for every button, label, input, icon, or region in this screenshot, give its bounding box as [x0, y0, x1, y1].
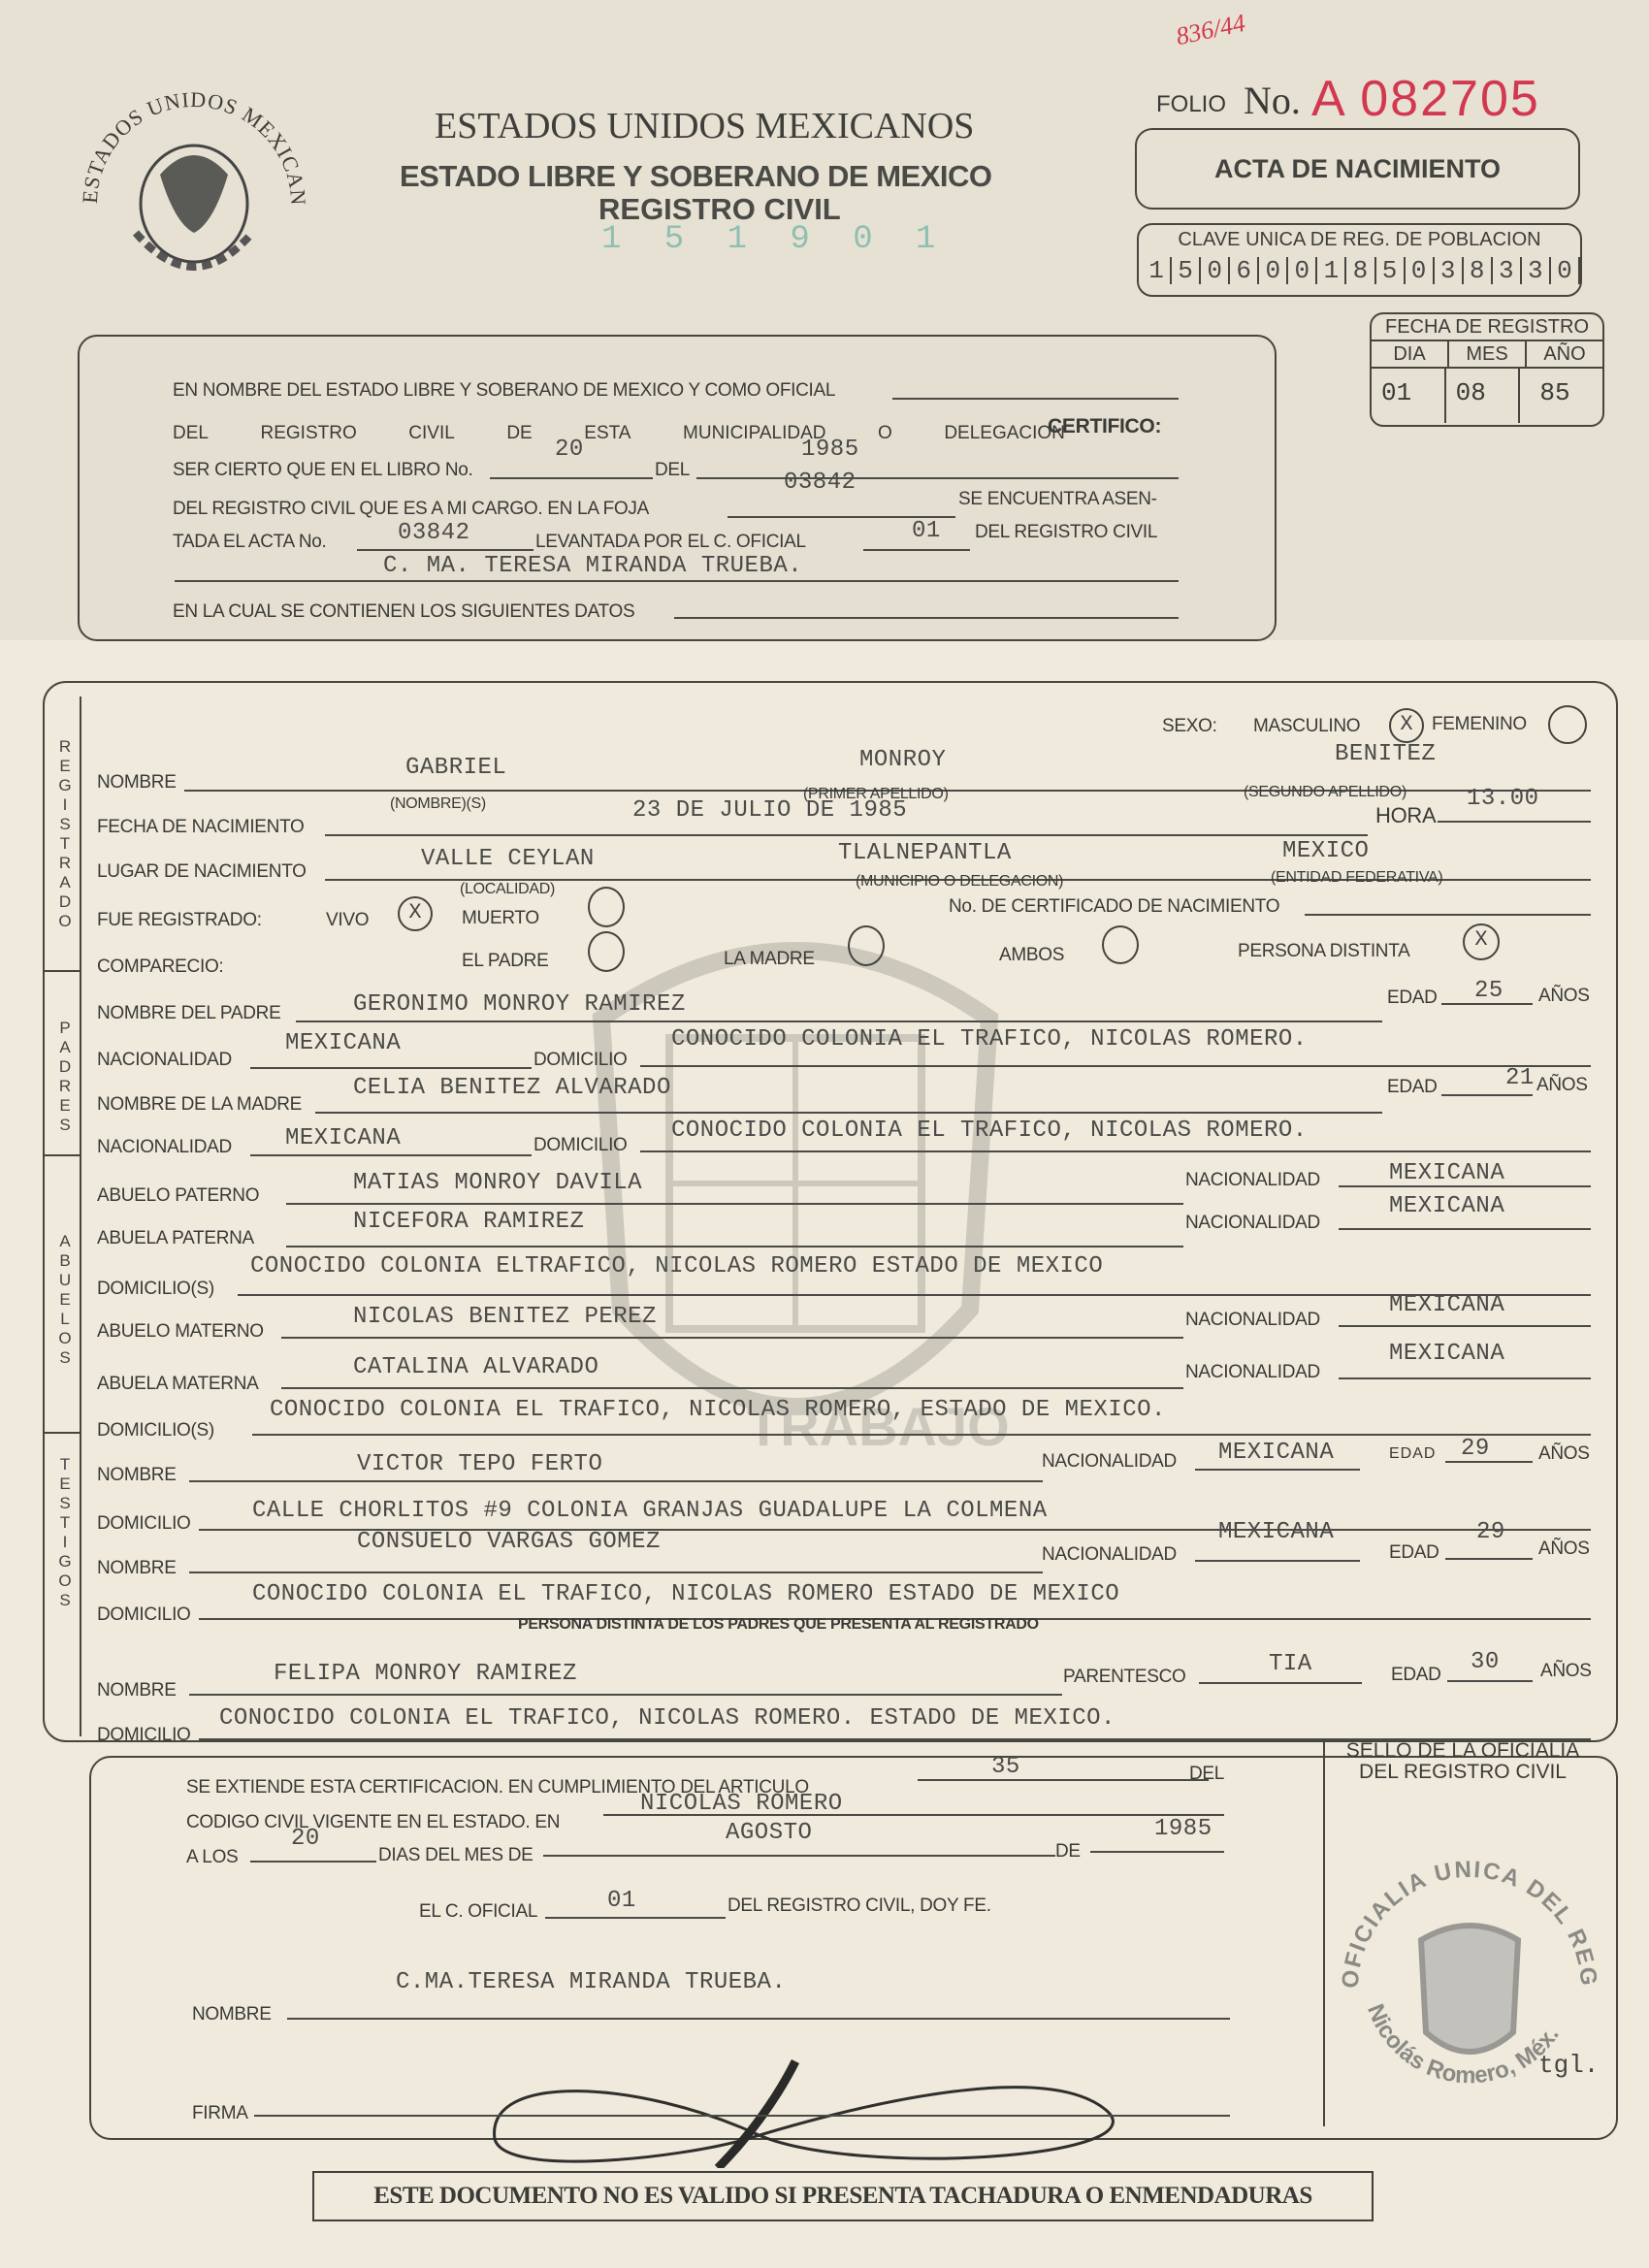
persona-domicilio-value: CONOCIDO COLONIA EL TRAFICO, NICOLAS ROM… — [219, 1705, 1115, 1732]
fecha-header-mes: MES — [1449, 341, 1527, 367]
testigo1-nac-label: NACIONALIDAD — [1042, 1451, 1177, 1473]
curp-digit: 0 — [1406, 257, 1435, 284]
fecha-registro-title: FECHA DE REGISTRO — [1372, 314, 1602, 341]
firmante-nombre-value: C.MA.TERESA MIRANDA TRUEBA. — [396, 1969, 786, 1995]
curp-digits: 150600185038330 — [1143, 257, 1580, 284]
ambos-checkbox[interactable] — [1102, 925, 1139, 964]
firma-label: FIRMA — [192, 2103, 248, 2124]
femenino-label: FEMENINO — [1432, 714, 1527, 735]
cert-line2-word: O — [878, 423, 892, 444]
abuelo-materno-nac-label: NACIONALIDAD — [1185, 1310, 1320, 1331]
curp-box: CLAVE UNICA DE REG. DE POBLACION 1506001… — [1137, 223, 1582, 297]
padre-domicilio-value: CONOCIDO COLONIA EL TRAFICO, NICOLAS ROM… — [671, 1026, 1308, 1053]
fecha-dia: 01 — [1372, 369, 1446, 423]
masculino-label: MASCULINO — [1253, 716, 1360, 737]
validity-notice: ESTE DOCUMENTO NO ES VALIDO SI PRESENTA … — [312, 2171, 1374, 2221]
testigo2-edad-value: 29 — [1476, 1519, 1505, 1545]
femenino-checkbox[interactable] — [1548, 705, 1587, 744]
muerto-checkbox[interactable] — [588, 887, 625, 927]
folio-no-label: No. — [1244, 78, 1301, 123]
testigo1-anos-label: AÑOS — [1538, 1443, 1590, 1465]
nombre-caption: (NOMBRE)(S) — [390, 795, 486, 813]
dia-value: 20 — [291, 1826, 320, 1852]
nombre-value: GABRIEL — [405, 755, 506, 781]
testigo2-nac-label: NACIONALIDAD — [1042, 1544, 1177, 1566]
curp-digit: 6 — [1230, 257, 1259, 284]
curp-digit: 3 — [1522, 257, 1551, 284]
persona-nombre-value: FELIPA MONROY RAMIREZ — [274, 1661, 577, 1687]
abuelo-paterno-value: MATIAS MONROY DAVILA — [353, 1170, 642, 1196]
lugar-nacimiento-label: LUGAR DE NACIMIENTO — [97, 861, 307, 883]
abuela-paterna-nac-value: MEXICANA — [1389, 1193, 1504, 1219]
persona-nombre-label: NOMBRE — [97, 1680, 177, 1701]
curp-digit: 1 — [1317, 257, 1346, 284]
mes-value: AGOSTO — [726, 1820, 812, 1846]
masculino-checkbox[interactable]: X — [1389, 708, 1424, 743]
domicilio-paternos-value: CONOCIDO COLONIA ELTRAFICO, NICOLAS ROME… — [250, 1253, 1103, 1280]
foja-value: 03842 — [784, 470, 857, 496]
el-padre-checkbox[interactable] — [588, 931, 625, 972]
oficial-name-value: C. MA. TERESA MIRANDA TRUEBA. — [383, 553, 802, 579]
anio-value: 1985 — [801, 437, 859, 463]
cert-levantada-label: LEVANTADA POR EL C. OFICIAL — [535, 532, 806, 553]
persona-distinta-label: PERSONA DISTINTA — [1238, 941, 1410, 962]
cert-registro-label: DEL REGISTRO CIVIL — [975, 522, 1157, 543]
fecha-anio: 85 — [1520, 369, 1602, 423]
document-type-box: ACTA DE NACIMIENTO — [1135, 128, 1580, 210]
padre-label: NOMBRE DEL PADRE — [97, 1003, 280, 1024]
curp-digit: 1 — [1143, 257, 1172, 284]
doy-fe-label: DEL REGISTRO CIVIL, DOY FE. — [727, 1895, 991, 1917]
municipio-caption: (MUNICIPIO O DELEGACION) — [856, 873, 1063, 891]
sexo-label: SEXO: — [1162, 716, 1217, 737]
abuela-paterna-value: NICEFORA RAMIREZ — [353, 1209, 584, 1235]
madre-nacionalidad-label: NACIONALIDAD — [97, 1137, 232, 1158]
vivo-label: VIVO — [326, 910, 369, 931]
padre-anos-label: AÑOS — [1538, 986, 1590, 1007]
madre-anos-label: AÑOS — [1536, 1075, 1588, 1096]
fecha-nacimiento-value: 23 DE JULIO DE 1985 — [632, 797, 907, 824]
testigo2-nombre-value: CONSUELO VARGAS GOMEZ — [357, 1529, 661, 1555]
curp-digit: 0 — [1288, 257, 1317, 284]
madre-domicilio-value: CONOCIDO COLONIA EL TRAFICO, NICOLAS ROM… — [671, 1118, 1308, 1144]
testigo1-nac-value: MEXICANA — [1218, 1440, 1334, 1466]
oficial-cert-value: 01 — [607, 1888, 636, 1914]
persona-anos-label: AÑOS — [1540, 1661, 1592, 1682]
la-madre-checkbox[interactable] — [848, 925, 885, 966]
curp-digit: 3 — [1435, 257, 1464, 284]
testigo2-domicilio-value: CONOCIDO COLONIA EL TRAFICO, NICOLAS ROM… — [252, 1581, 1119, 1607]
madre-nacionalidad-value: MEXICANA — [285, 1125, 401, 1151]
abuelo-materno-value: NICOLAS BENITEZ PEREZ — [353, 1304, 657, 1330]
parentesco-label: PARENTESCO — [1063, 1667, 1186, 1688]
la-madre-label: LA MADRE — [724, 949, 815, 970]
hora-value: 13.00 — [1467, 786, 1539, 812]
vivo-checkbox[interactable]: X — [398, 896, 433, 931]
initials: tgl. — [1538, 2051, 1599, 2080]
cert-del-label: DEL — [655, 460, 690, 481]
persona-distinta-checkbox[interactable]: X — [1463, 923, 1500, 960]
certificacion-dias-label: DIAS DEL MES DE — [378, 1845, 533, 1866]
abuelo-paterno-nac-label: NACIONALIDAD — [1185, 1170, 1320, 1191]
padre-edad-label: EDAD — [1387, 988, 1438, 1009]
padre-nacionalidad-label: NACIONALIDAD — [97, 1050, 232, 1071]
cert-acta-label: TADA EL ACTA No. — [173, 532, 327, 553]
localidad-value: VALLE CEYLAN — [421, 846, 595, 872]
articulo-value: 35 — [991, 1754, 1020, 1780]
abuelo-paterno-nac-value: MEXICANA — [1389, 1160, 1504, 1186]
curp-digit: 0 — [1201, 257, 1230, 284]
testigo1-edad-label: EDAD — [1389, 1445, 1436, 1463]
curp-digit: 0 — [1551, 257, 1580, 284]
testigo1-nombre-value: VICTOR TEPO FERTO — [357, 1451, 602, 1477]
country-title: ESTADOS UNIDOS MEXICANOS — [435, 105, 974, 147]
entidad-caption: (ENTIDAD FEDERATIVA) — [1271, 869, 1442, 887]
el-padre-label: EL PADRE — [462, 951, 548, 972]
abuela-paterna-nac-label: NACIONALIDAD — [1185, 1213, 1320, 1234]
curp-digit: 3 — [1493, 257, 1522, 284]
firmante-nombre-label: NOMBRE — [192, 2004, 272, 2025]
padre-domicilio-label: DOMICILIO — [533, 1050, 628, 1071]
fecha-header-dia: DIA — [1372, 341, 1449, 367]
persona-distinta-title: PERSONA DISTINTA DE LOS PADRES QUE PRESE… — [518, 1616, 1039, 1634]
oficial-value: 01 — [912, 518, 941, 544]
madre-value: CELIA BENITEZ ALVARADO — [353, 1075, 671, 1101]
madre-edad-label: EDAD — [1387, 1077, 1438, 1098]
muerto-label: MUERTO — [462, 908, 539, 929]
primer-apellido-value: MONROY — [859, 747, 946, 773]
section-label-registrado: REGISTRADO — [50, 737, 80, 931]
madre-domicilio-label: DOMICILIO — [533, 1135, 628, 1156]
certificacion-del-label: DEL — [1189, 1764, 1224, 1785]
folio-number: A 082705 — [1311, 70, 1540, 128]
abuela-materna-nac-label: NACIONALIDAD — [1185, 1362, 1320, 1383]
cert-line2-word: CIVIL — [408, 423, 455, 444]
cert-line2-word: DEL — [173, 423, 209, 444]
parentesco-value: TIA — [1269, 1651, 1312, 1677]
cert-asentada-label: SE ENCUENTRA ASEN- — [958, 489, 1157, 510]
abuelo-materno-nac-value: MEXICANA — [1389, 1292, 1504, 1318]
certificado-label: No. DE CERTIFICADO DE NACIMIENTO — [949, 896, 1279, 918]
abuela-materna-nac-value: MEXICANA — [1389, 1341, 1504, 1367]
state-title: ESTADO LIBRE Y SOBERANO DE MEXICO — [400, 159, 991, 194]
curp-digit: 5 — [1376, 257, 1406, 284]
sello-title: SELLO DE LA OFICIALIA DEL REGISTRO CIVIL — [1327, 1740, 1599, 1783]
section-label-testigos: TESTIGOS — [50, 1455, 80, 1610]
certificacion-de-label: DE — [1055, 1841, 1081, 1863]
fecha-registro-box: FECHA DE REGISTRO DIA MES AÑO 01 08 85 — [1370, 312, 1604, 427]
lugar-value: NICOLAS ROMERO — [640, 1791, 843, 1817]
localidad-caption: (LOCALIDAD) — [460, 881, 555, 898]
testigo2-edad-label: EDAD — [1389, 1542, 1439, 1564]
stamp-number: 1 5 1 9 0 1 — [601, 221, 947, 258]
hora-label: HORA — [1375, 803, 1436, 828]
sello-title-line2: DEL REGISTRO CIVIL — [1327, 1762, 1599, 1783]
cert-line2-word: REGISTRO — [261, 423, 357, 444]
certificacion-line2: CODIGO CIVIL VIGENTE EN EL ESTADO. EN — [186, 1812, 560, 1833]
curp-digit: 8 — [1464, 257, 1493, 284]
abuelo-paterno-label: ABUELO PATERNO — [97, 1185, 259, 1207]
cert-line1: EN NOMBRE DEL ESTADO LIBRE Y SOBERANO DE… — [173, 380, 835, 402]
acta-value: 03842 — [398, 520, 470, 546]
cert-line2-word: ESTA — [584, 423, 630, 444]
domicilio-paternos-label: DOMICILIO(S) — [97, 1279, 214, 1300]
testigo2-nombre-label: NOMBRE — [97, 1558, 177, 1579]
persona-edad-label: EDAD — [1391, 1665, 1441, 1686]
libro-value: 20 — [555, 437, 584, 463]
testigo1-domicilio-value: CALLE CHORLITOS #9 COLONIA GRANJAS GUADA… — [252, 1498, 1048, 1524]
signature-icon — [485, 2042, 1145, 2168]
cert-line2-word: DE — [506, 423, 532, 444]
curp-label: CLAVE UNICA DE REG. DE POBLACION — [1139, 229, 1580, 251]
cert-datos-label: EN LA CUAL SE CONTIENEN LOS SIGUIENTES D… — [173, 601, 634, 623]
abuelo-materno-label: ABUELO MATERNO — [97, 1321, 264, 1343]
curp-digit: 8 — [1346, 257, 1375, 284]
section-label-abuelos: ABUELOS — [50, 1232, 80, 1368]
cert-foja-label: DEL REGISTRO CIVIL QUE ES A MI CARGO. EN… — [173, 499, 649, 520]
testigo2-anos-label: AÑOS — [1538, 1539, 1590, 1560]
padre-nacionalidad-value: MEXICANA — [285, 1030, 401, 1056]
madre-edad-value: 21 — [1505, 1065, 1535, 1091]
entidad-value: MEXICO — [1282, 838, 1369, 864]
testigo2-nac-value: MEXICANA — [1218, 1519, 1334, 1545]
el-oficial-label: EL C. OFICIAL — [419, 1901, 537, 1923]
testigo1-domicilio-label: DOMICILIO — [97, 1513, 191, 1535]
curp-digit: 5 — [1172, 257, 1201, 284]
abuela-materna-label: ABUELA MATERNA — [97, 1374, 259, 1395]
persona-domicilio-label: DOMICILIO — [97, 1725, 191, 1746]
testigo1-nombre-label: NOMBRE — [97, 1465, 177, 1486]
fecha-header-anio: AÑO — [1527, 341, 1602, 367]
sello-title-line1: SELLO DE LA OFICIALIA — [1327, 1740, 1599, 1762]
cert-line2: DELREGISTROCIVILDEESTAMUNICIPALIDADODELE… — [173, 423, 1065, 444]
comparecio-label: COMPARECIO: — [97, 956, 223, 978]
municipio-value: TLALNEPANTLA — [838, 840, 1012, 866]
persona-edad-value: 30 — [1471, 1649, 1500, 1675]
domicilio-maternos-label: DOMICILIO(S) — [97, 1420, 214, 1442]
anio-cert-value: 1985 — [1154, 1816, 1212, 1842]
curp-digit: 0 — [1259, 257, 1288, 284]
ambos-label: AMBOS — [999, 945, 1064, 966]
madre-label: NOMBRE DE LA MADRE — [97, 1094, 302, 1116]
abuela-paterna-label: ABUELA PATERNA — [97, 1228, 254, 1249]
document-type: ACTA DE NACIMIENTO — [1137, 130, 1578, 208]
section-label-padres: PADRES — [50, 1019, 80, 1135]
padre-value: GERONIMO MONROY RAMIREZ — [353, 991, 686, 1018]
folio-label: FOLIO — [1156, 91, 1226, 118]
padre-edad-value: 25 — [1474, 978, 1503, 1004]
fecha-mes: 08 — [1446, 369, 1521, 423]
certifico-label: CERTIFICO: — [1048, 415, 1161, 438]
segundo-apellido-caption: (SEGUNDO APELLIDO) — [1244, 784, 1406, 801]
segundo-apellido-value: BENITEZ — [1335, 741, 1436, 767]
nombre-label: NOMBRE — [97, 772, 177, 794]
certificacion-alos-label: A LOS — [186, 1847, 238, 1868]
testigo2-domicilio-label: DOMICILIO — [97, 1604, 191, 1626]
cert-libro-label: SER CIERTO QUE EN EL LIBRO No. — [173, 460, 473, 481]
domicilio-maternos-value: CONOCIDO COLONIA EL TRAFICO, NICOLAS ROM… — [270, 1397, 1166, 1423]
national-seal-icon: ESTADOS UNIDOS MEXICANOS — [68, 68, 320, 310]
testigo1-edad-value: 29 — [1461, 1436, 1490, 1462]
abuela-materna-value: CATALINA ALVARADO — [353, 1354, 598, 1380]
fecha-nacimiento-label: FECHA DE NACIMIENTO — [97, 817, 305, 838]
fue-registrado-label: FUE REGISTRADO: — [97, 910, 262, 931]
